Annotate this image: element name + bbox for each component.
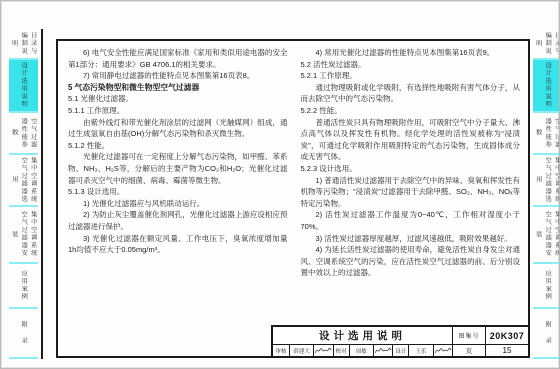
paragraph: 由紫外线灯和带光催化剂涂层的过滤网（光触媒网）组成，通过生成氢氧自由基(OH)分… — [68, 117, 288, 140]
credit-name: 王乐 — [408, 345, 432, 356]
paragraph: 2) 活性炭过滤器工作温度为0~40℃，工作相对湿度小于70%。 — [301, 209, 521, 232]
sidebar-tab-label: 设计选用说明 — [19, 62, 29, 108]
atlas-number-value: 20K307 — [485, 327, 528, 344]
paragraph: 4) 为延长活性炭过滤器的使用寿命，避免活性炭自身发尘对通风、空调系统空气的污染… — [301, 244, 521, 279]
page-label: 页 — [452, 344, 485, 356]
paragraph: 5.1 光催化过滤器。 — [68, 93, 288, 105]
sidebar-tab: 集中空调系统空气过滤器选用 — [9, 155, 38, 207]
page-number: 15 — [485, 344, 528, 356]
paragraph: 普通活性炭只具有物理吸附作用，可吸附空气中分子量大、沸点高气体以及挥发性有机物。… — [301, 117, 521, 163]
paragraph: 1) 普通活性炭过滤器用于去除空气中的异味、臭氧和挥发性有机物等污染物；“浸渍炭… — [301, 175, 521, 210]
credit-role-label: 设计 — [392, 345, 408, 356]
left-tab-strip: 目录与编制说明 设计选用说明 空气过滤器性能参数 集中空调系统空气过滤器选用 集… — [9, 29, 38, 359]
sidebar-tab: 目录与编制说明 — [9, 29, 38, 60]
credit-name: 周敏 — [349, 345, 373, 356]
sidebar-tab: 应用案例 — [9, 264, 38, 309]
right-text-column: 4) 常用光催化过滤器的性能特点见本图集第16页表9。5.2 活性炭过滤器。5.… — [301, 47, 521, 356]
paragraph: 5.2.2 性能。 — [301, 105, 521, 117]
paragraph: 光催化过滤器可在一定程度上分解气态污染物，如甲醛、苯系物、NH₃、H₂S等，分解… — [68, 151, 288, 186]
sidebar-tab: 附 录 — [9, 309, 38, 359]
sidebar-tab: 目录与编制说明 — [533, 29, 560, 60]
sidebar-tab: 集中空调系统空气过滤器安装 — [533, 207, 560, 264]
sidebar-tab-label: 附 录 — [543, 321, 553, 345]
content-frame: 6) 电气安全性能应满足国家标准《家用和类似用途电器的安全 第1部分：通用要求》… — [56, 39, 530, 358]
paragraph: 5.2.1 工作原理。 — [301, 70, 521, 82]
left-tab-rule — [41, 29, 43, 359]
credit-role-label: 审核 — [273, 345, 289, 356]
paragraph: 5.1.1 工作原理。 — [68, 105, 288, 117]
signature-mark — [433, 345, 453, 356]
sidebar-tab-label: 目录与编制说明 — [533, 30, 560, 58]
paragraph: 5.2.3 设计选用。 — [301, 163, 521, 175]
sidebar-tab-label: 应用案例 — [543, 270, 553, 301]
signature-mark — [313, 345, 333, 356]
sidebar-tab: 附 录 — [533, 309, 560, 359]
title-block: 设计选用说明 图集号 20K307 审核 薛建大 校对 周敏 设计 王乐 页 — [271, 325, 528, 356]
paragraph: 4) 常用光催化过滤器的性能特点见本图集第16页表9。 — [301, 47, 521, 59]
paragraph: 3) 光催化过滤器在额定风量、工作电压下，臭氧浓度增加量1h均值不应大于0.05… — [68, 233, 288, 256]
left-text-column: 6) 电气安全性能应满足国家标准《家用和类似用途电器的安全 第1部分：通用要求》… — [68, 47, 288, 356]
credit-group: 校对 周敏 — [333, 345, 393, 356]
paragraph: 3) 活性炭过滤器厚度越厚，过滤风速越低，吸附效果越好。 — [301, 233, 521, 245]
sidebar-tab: 集中空调系统空气过滤器安装 — [9, 207, 38, 264]
scanned-atlas-page: 目录与编制说明 设计选用说明 空气过滤器性能参数 集中空调系统空气过滤器选用 集… — [0, 0, 560, 369]
paragraph: 5.2 活性炭过滤器。 — [301, 59, 521, 71]
paragraph: 7) 常用静电过滤器的性能特点见本图集第16页表8。 — [68, 70, 288, 82]
signature-mark — [373, 345, 393, 356]
credits-row: 审核 薛建大 校对 周敏 设计 王乐 — [273, 344, 452, 356]
sidebar-tab-label: 设计选用说明 — [543, 62, 553, 108]
paragraph: 1) 光催化过滤器应与风机联动运行。 — [68, 198, 288, 210]
sidebar-tab: 设计选用说明 — [533, 60, 560, 113]
sidebar-tab-label: 附 录 — [19, 321, 29, 345]
sidebar-tab-label: 集中空调系统空气过滤器安装 — [533, 208, 560, 260]
credit-group: 设计 王乐 — [392, 345, 452, 356]
credit-name: 薛建大 — [289, 345, 313, 356]
sidebar-tab: 空气过滤器性能参数 — [533, 113, 560, 155]
credit-group: 审核 薛建大 — [273, 345, 333, 356]
sheet-title: 设计选用说明 — [273, 327, 452, 344]
paragraph: 5.1.2 性能。 — [68, 140, 288, 152]
paragraph: 5.1.3 设计选用。 — [68, 186, 288, 198]
sidebar-tab-label: 空气过滤器性能参数 — [9, 114, 38, 152]
right-tab-strip: 目录与编制说明 设计选用说明 空气过滤器性能参数 集中空调系统空气过滤器选用 集… — [533, 29, 560, 359]
sidebar-tab-label: 应用案例 — [19, 270, 29, 301]
sidebar-tab: 空气过滤器性能参数 — [9, 113, 38, 155]
atlas-number-label: 图集号 — [452, 327, 485, 344]
sidebar-tab-label: 集中空调系统空气过滤器安装 — [9, 208, 38, 260]
sidebar-tab-label: 集中空调系统空气过滤器选用 — [533, 156, 560, 204]
sidebar-tab: 应用案例 — [533, 264, 560, 309]
text-columns: 6) 电气安全性能应满足国家标准《家用和类似用途电器的安全 第1部分：通用要求》… — [58, 41, 528, 356]
sidebar-tab-label: 空气过滤器性能参数 — [533, 114, 560, 152]
credit-role-label: 校对 — [333, 345, 349, 356]
sidebar-tab-label: 目录与编制说明 — [9, 30, 38, 58]
sidebar-tab: 集中空调系统空气过滤器选用 — [533, 155, 560, 207]
paragraph: 通过物理吸附或化学吸附，有选择性地吸附有害气体分子，从而去除空气中的气态污染物。 — [301, 82, 521, 105]
paragraph: 6) 电气安全性能应满足国家标准《家用和类似用途电器的安全 第1部分：通用要求》… — [68, 47, 288, 70]
paragraph: 5 气态污染物型和微生物型空气过滤器 — [68, 82, 288, 94]
sidebar-tab-label: 集中空调系统空气过滤器选用 — [9, 156, 38, 204]
sidebar-tab: 设计选用说明 — [9, 60, 38, 113]
paragraph: 2) 为防止灰尘覆盖催化剂网孔，光催化过滤器上游应设相应预过滤器进行保护。 — [68, 209, 288, 232]
